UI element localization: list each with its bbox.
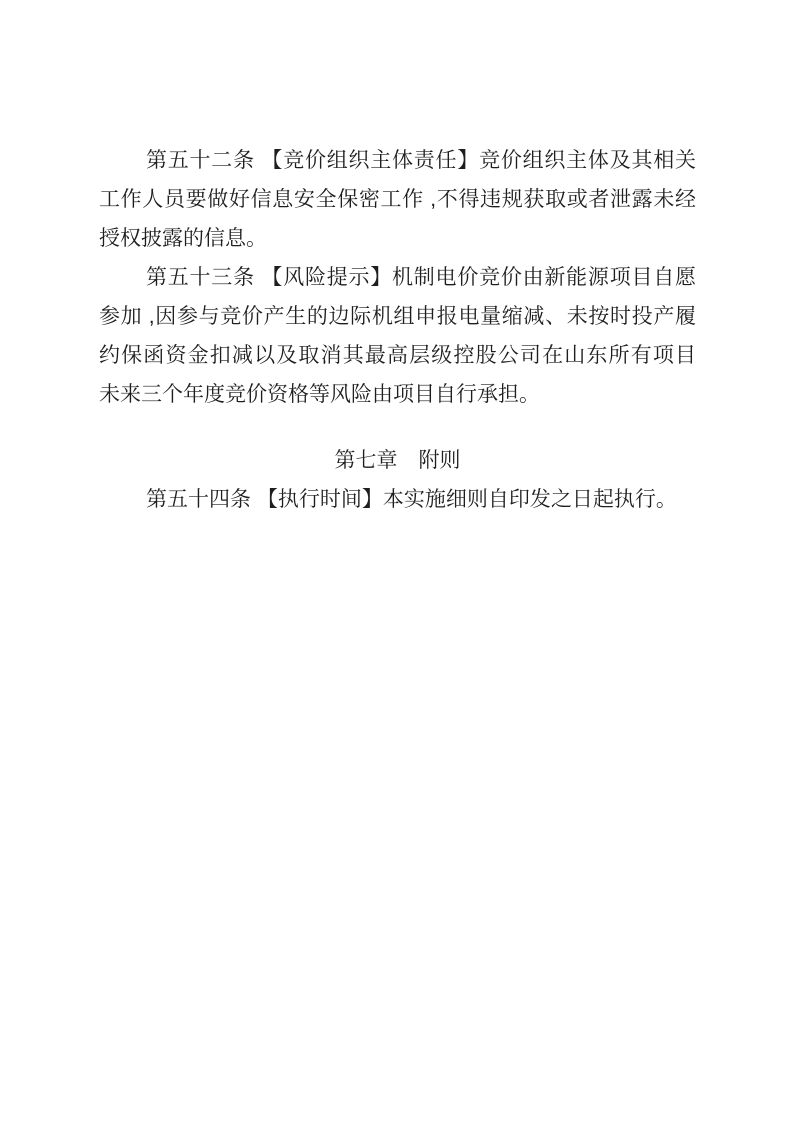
article-54-paragraph: 第五十四条 【执行时间】本实施细则自印发之日起执行。 [99, 480, 696, 519]
article-53-line-3: 约保函资金扣减以及取消其最高层级控股公司在山东所有项目 [99, 336, 696, 375]
article-52-line-2: 工作人员要做好信息安全保密工作 ,不得违规获取或者泄露未经 [99, 180, 696, 219]
article-52-paragraph: 第五十二条 【竞价组织主体责任】竞价组织主体及其相关 工作人员要做好信息安全保密… [99, 141, 696, 258]
chapter-heading: 第七章 附则 [99, 441, 696, 480]
document-content: 第五十二条 【竞价组织主体责任】竞价组织主体及其相关 工作人员要做好信息安全保密… [99, 141, 696, 519]
document-page: 第五十二条 【竞价组织主体责任】竞价组织主体及其相关 工作人员要做好信息安全保密… [0, 0, 793, 1122]
article-53-line-4: 未来三个年度竞价资格等风险由项目自行承担。 [99, 375, 696, 414]
article-53-paragraph: 第五十三条 【风险提示】机制电价竞价由新能源项目自愿 参加 ,因参与竞价产生的边… [99, 258, 696, 414]
article-53-line-1: 第五十三条 【风险提示】机制电价竞价由新能源项目自愿 [99, 258, 696, 297]
article-53-line-2: 参加 ,因参与竞价产生的边际机组申报电量缩减、未按时投产履 [99, 297, 696, 336]
article-54-line-1: 第五十四条 【执行时间】本实施细则自印发之日起执行。 [99, 480, 696, 519]
article-52-line-3: 授权披露的信息。 [99, 219, 696, 258]
article-52-line-1: 第五十二条 【竞价组织主体责任】竞价组织主体及其相关 [99, 141, 696, 180]
